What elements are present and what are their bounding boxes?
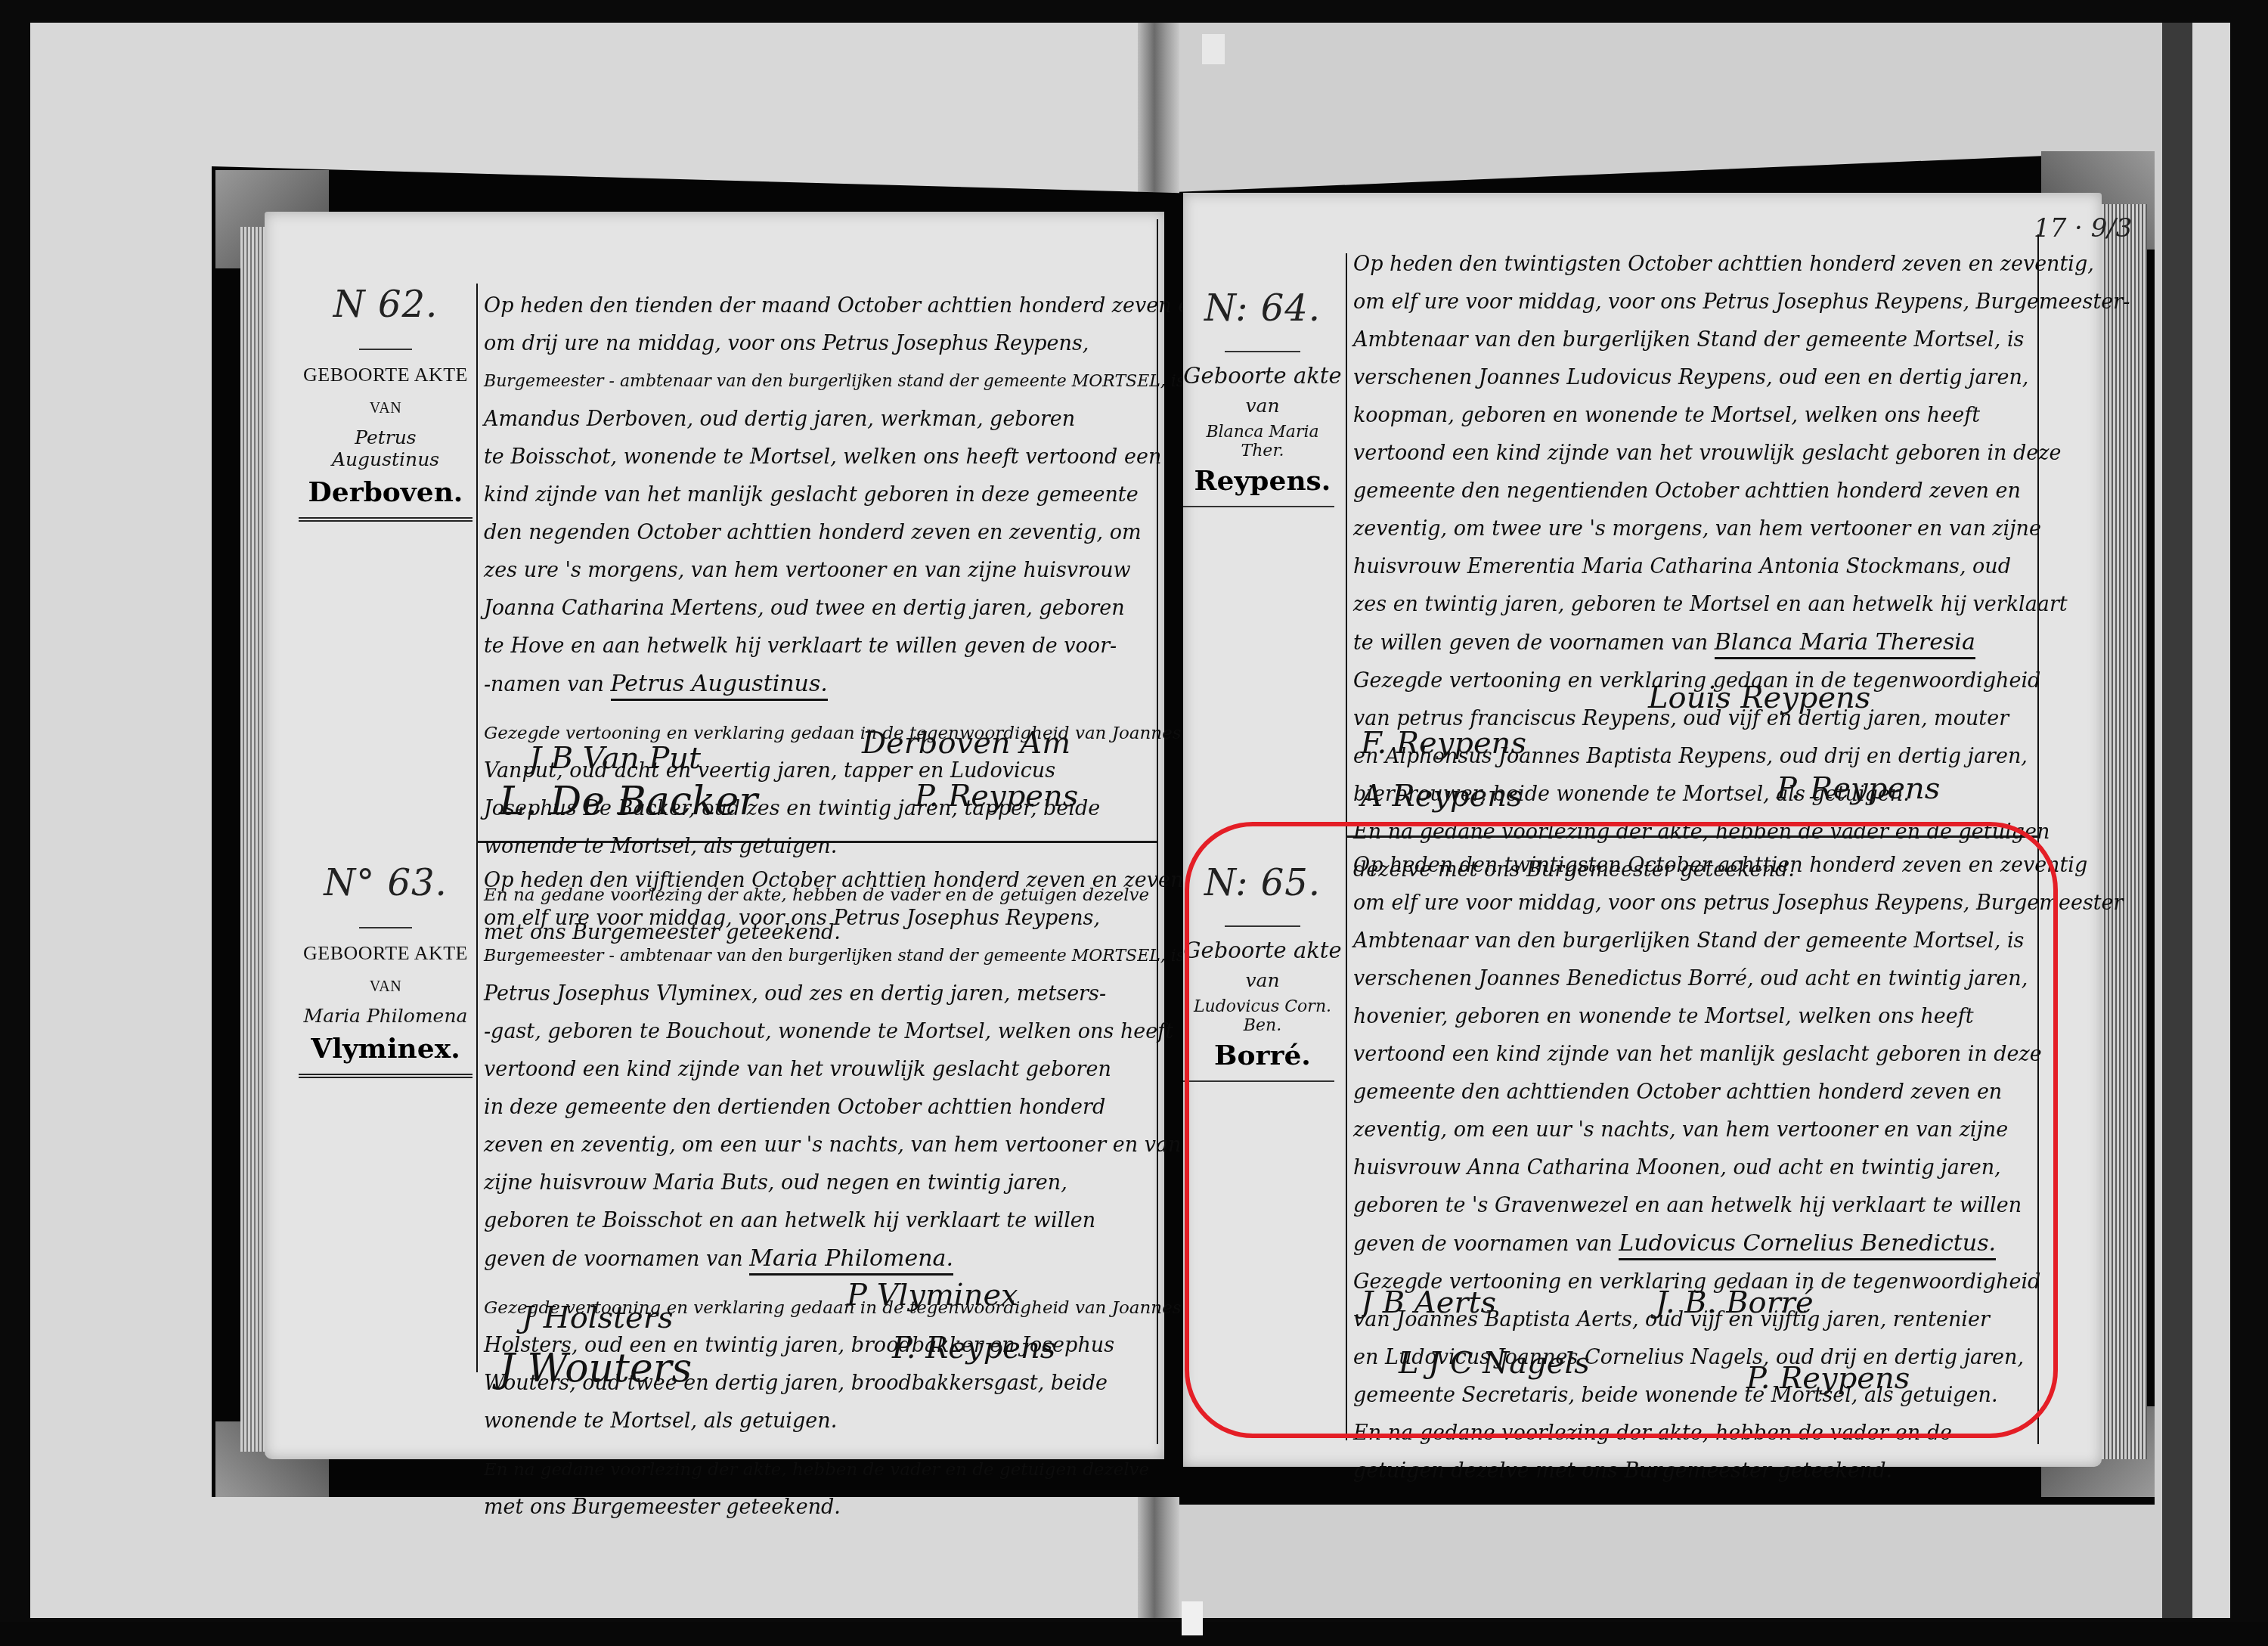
text-line: in deze gemeente den dertienden October … bbox=[484, 1089, 1149, 1127]
signature: J Wouters bbox=[499, 1346, 692, 1391]
signature-mayor: P. Reypens bbox=[915, 779, 1078, 814]
text-line: verschenen Joannes Benedictus Borré, oud… bbox=[1353, 960, 2034, 998]
child-given-names: Blanca Maria Ther. bbox=[1183, 423, 1342, 460]
text-line: gemeente den negentienden October achtti… bbox=[1353, 473, 2034, 510]
declared-given-name: Blanca Maria Theresia bbox=[1715, 629, 1975, 659]
text-line: Petrus Josephus Vlyminex, oud zes en der… bbox=[484, 975, 1149, 1013]
entry-64-signatures: Louis Reypens F. Reypens A Reypens P. Re… bbox=[1353, 680, 2034, 832]
signature-mayor: P. Reypens bbox=[1746, 1361, 1910, 1396]
signature-father: Louis Reypens bbox=[1648, 680, 1870, 715]
text-line: huisvrouw Emerentia Maria Catharina Anto… bbox=[1353, 548, 2034, 586]
entry-62-body: Op heden den tienden der maand October a… bbox=[484, 287, 1149, 952]
akte-van: VAN bbox=[299, 400, 472, 417]
left-page-margin-rule bbox=[476, 284, 478, 1372]
margin-entry-64: N: 64. Geboorte akte van Blanca Maria Th… bbox=[1183, 287, 1342, 507]
text-line: Op heden den vijftienden October achttie… bbox=[484, 862, 1149, 900]
text-line: den negenden October achttien honderd ze… bbox=[484, 514, 1149, 552]
signature-mayor: P. Reypens bbox=[1777, 771, 1940, 806]
text-line: kind zijnde van het manlijk geslacht geb… bbox=[484, 476, 1149, 514]
text-line: te Hove en aan hetwelk hij verklaart te … bbox=[484, 628, 1149, 665]
text-line: -gast, geboren te Bouchout, wonende te M… bbox=[484, 1013, 1149, 1051]
signature-father: J. B. Borré bbox=[1656, 1285, 1814, 1320]
witness-line: wonende te Mortsel, als getuigen. bbox=[484, 1403, 1149, 1440]
text-line: zes ure 's morgens, van hem vertooner en… bbox=[484, 552, 1149, 590]
child-given-names: Maria Philomena bbox=[299, 1005, 472, 1027]
signature: J B Van Put bbox=[529, 741, 701, 776]
scan-bottom-edge bbox=[0, 1622, 2268, 1646]
text-line: Op heden den twintigsten October achttie… bbox=[1353, 246, 2034, 284]
divider bbox=[1183, 1080, 1334, 1082]
child-given-names: Ludovicus Corn. Ben. bbox=[1183, 997, 1342, 1035]
text-line: Burgemeester - ambtenaar van den burgerl… bbox=[484, 938, 1149, 975]
text-line: koopman, geboren en wonende te Mortsel, … bbox=[1353, 397, 2034, 435]
child-surname: Reypens. bbox=[1183, 465, 1342, 497]
declared-given-name: Petrus Augustinus. bbox=[611, 671, 828, 701]
text-line: gemeente den achttienden October achttie… bbox=[1353, 1074, 2034, 1111]
text-line: Op heden den twintigsten October achttie… bbox=[1353, 847, 2034, 885]
divider bbox=[359, 927, 412, 928]
text-line: vertoond een kind zijnde van het manlijk… bbox=[1353, 1036, 2034, 1074]
page-stack-right bbox=[2102, 204, 2147, 1459]
text-line: vertoond een kind zijnde van het vrouwli… bbox=[484, 1051, 1149, 1089]
child-given-names: Petrus Augustinus bbox=[299, 426, 472, 470]
text-line: geven de voornamen van bbox=[484, 1248, 743, 1271]
akte-van: van bbox=[1183, 969, 1342, 991]
declared-given-name: Ludovicus Cornelius Benedictus. bbox=[1619, 1230, 1996, 1260]
akte-number: N° 63. bbox=[299, 862, 472, 904]
text-line: Amandus Derboven, oud dertig jaren, werk… bbox=[484, 401, 1149, 439]
child-surname: Borré. bbox=[1183, 1040, 1342, 1071]
margin-entry-63: N° 63. GEBOORTE AKTE VAN Maria Philomena… bbox=[299, 862, 472, 1078]
text-line: om elf ure voor middag, voor ons Petrus … bbox=[1353, 284, 2034, 321]
akte-title: Geboorte akte bbox=[1183, 363, 1342, 389]
closing-line: getuigen dezelve met ons Burgemeester ge… bbox=[1353, 1452, 2034, 1490]
entry-63-body: Op heden den vijftienden October achttie… bbox=[484, 862, 1149, 1527]
text-line: zeven en zeventig, om een uur 's nachts,… bbox=[484, 1127, 1149, 1164]
text-line: Ambtenaar van den burgerlijken Stand der… bbox=[1353, 922, 2034, 960]
right-page-margin-rule bbox=[1346, 253, 1347, 1440]
signature: Derboven Am bbox=[862, 726, 1070, 761]
akte-title: GEBOORTE AKTE bbox=[299, 364, 472, 386]
text-line: zeventig, om twee ure 's morgens, van he… bbox=[1353, 510, 2034, 548]
closing-line: met ons Burgemeester geteekend. bbox=[484, 1489, 1149, 1527]
text-line: verschenen Joannes Ludovicus Reypens, ou… bbox=[1353, 359, 2034, 397]
text-line: zeventig, om een uur 's nachts, van hem … bbox=[1353, 1111, 2034, 1149]
text-line: te Boisschot, wonende te Mortsel, welken… bbox=[484, 439, 1149, 476]
margin-entry-62: N 62. GEBOORTE AKTE VAN Petrus Augustinu… bbox=[299, 284, 472, 522]
akte-van: van bbox=[1183, 395, 1342, 417]
scan-marker-bottom bbox=[1182, 1601, 1203, 1635]
signature: L J C Nagels bbox=[1399, 1346, 1590, 1381]
text-line: te willen geven de voornamen van bbox=[1353, 631, 1708, 655]
signature: F. Reypens bbox=[1361, 726, 1526, 761]
child-surname: Derboven. bbox=[299, 476, 472, 508]
text-line: Joanna Catharina Mertens, oud twee en de… bbox=[484, 590, 1149, 628]
text-line: -namen van bbox=[484, 673, 604, 696]
akte-title: GEBOORTE AKTE bbox=[299, 942, 472, 965]
child-surname: Vlyminex. bbox=[299, 1033, 472, 1065]
entry-65-signatures: J B Aerts J. B. Borré L J C Nagels P. Re… bbox=[1353, 1285, 2034, 1421]
folio-number: 17 · 9/3 bbox=[2034, 213, 2132, 243]
signature-mayor: P. Reypens bbox=[892, 1331, 1055, 1365]
signature: A Reypens bbox=[1361, 779, 1523, 814]
divider bbox=[1225, 925, 1300, 927]
signature: L. De Backer bbox=[499, 779, 758, 824]
divider bbox=[1225, 351, 1300, 352]
closing-line: En na gedane voorlezing der akte, hebben… bbox=[484, 1451, 1149, 1489]
divider-double bbox=[299, 1074, 472, 1078]
akte-number: N: 64. bbox=[1183, 287, 1342, 330]
text-line: vertoond een kind zijnde van het vrouwli… bbox=[1353, 435, 2034, 473]
divider-double bbox=[299, 517, 472, 522]
akte-van: VAN bbox=[299, 978, 472, 996]
left-page-right-rule bbox=[1157, 219, 1158, 1444]
text-line: zes en twintig jaren, geboren te Mortsel… bbox=[1353, 586, 2034, 624]
text-line: zijne huisvrouw Maria Buts, oud negen en… bbox=[484, 1164, 1149, 1202]
divider bbox=[359, 349, 412, 350]
text-line: geven de voornamen van bbox=[1353, 1232, 1613, 1256]
text-line: geboren te Boisschot en aan hetwelk hij … bbox=[484, 1202, 1149, 1240]
text-line: huisvrouw Anna Catharina Moonen, oud ach… bbox=[1353, 1149, 2034, 1187]
scan-marker-top bbox=[1202, 34, 1225, 64]
text-line: geboren te 's Gravenwezel en aan hetwelk… bbox=[1353, 1187, 2034, 1225]
akte-title: Geboorte akte bbox=[1183, 938, 1342, 963]
text-line: om elf ure voor middag, voor ons petrus … bbox=[1353, 885, 2034, 922]
text-line: Burgemeester - ambtenaar van den burgerl… bbox=[484, 363, 1149, 401]
signature: P Vlyminex bbox=[847, 1278, 1018, 1313]
text-line: Op heden den tienden der maand October a… bbox=[484, 287, 1149, 325]
akte-number: N 62. bbox=[299, 284, 472, 326]
divider bbox=[1183, 506, 1334, 507]
entry-63-signatures: J Holsters P Vlyminex J Wouters P. Reype… bbox=[484, 1300, 1149, 1399]
scan-right-edge bbox=[2162, 23, 2192, 1618]
akte-number: N: 65. bbox=[1183, 862, 1342, 904]
text-line: Ambtenaar van den burgerlijken Stand der… bbox=[1353, 321, 2034, 359]
signature: J B Aerts bbox=[1361, 1285, 1496, 1320]
text-line: om elf ure voor middag, voor ons Petrus … bbox=[484, 900, 1149, 938]
text-line: om drij ure na middag, voor ons Petrus J… bbox=[484, 325, 1149, 363]
declared-given-name: Maria Philomena. bbox=[749, 1245, 953, 1276]
text-line: hovenier, geboren en wonende te Mortsel,… bbox=[1353, 998, 2034, 1036]
signature: J Holsters bbox=[522, 1300, 673, 1335]
margin-entry-65: N: 65. Geboorte akte van Ludovicus Corn.… bbox=[1183, 862, 1342, 1082]
entry-62-signatures: J B Van Put Derboven Am L. De Backer P. … bbox=[484, 741, 1149, 839]
page-stack-left bbox=[240, 227, 265, 1452]
